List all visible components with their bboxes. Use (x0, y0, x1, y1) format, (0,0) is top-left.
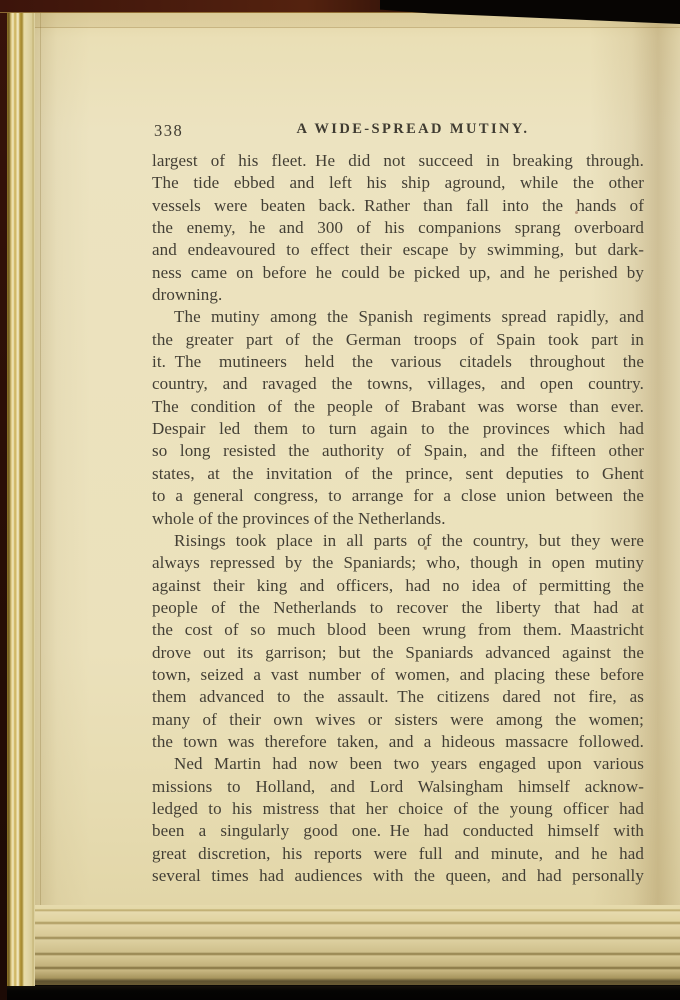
scanned-book-photo: 338 A WIDE-SPREAD MUTINY. largest of his… (0, 0, 680, 1000)
text-line: people of the Netherlands to recover the… (152, 597, 644, 619)
text-line: The mutiny among the Spanish regiments s… (152, 306, 644, 328)
text-line: been a singularly good one. He had condu… (152, 820, 644, 842)
text-line: the town was therefore taken, and a hide… (152, 731, 644, 753)
text-line: Risings took place in all parts of the c… (152, 530, 644, 552)
text-line: it. The mutineers held the various citad… (152, 351, 644, 373)
page-header: 338 A WIDE-SPREAD MUTINY. (152, 121, 644, 141)
running-title: A WIDE-SPREAD MUTINY. (152, 121, 644, 138)
text-line: Despair led them to turn again to the pr… (152, 418, 644, 440)
ink-speck (575, 211, 578, 214)
text-line: many of their own wives or sisters were … (152, 709, 644, 731)
text-line: largest of his fleet. He did not succeed… (152, 150, 644, 172)
text-line: the cost of so much blood been wrung fro… (152, 619, 644, 641)
text-line: the enemy, he and 300 of his companions … (152, 217, 644, 239)
book-page: 338 A WIDE-SPREAD MUTINY. largest of his… (35, 12, 680, 905)
text-line: great discretion, his reports were full … (152, 843, 644, 865)
text-line: them advanced to the assault. The citize… (152, 686, 644, 708)
text-line: ledged to his mistress that her choice o… (152, 798, 644, 820)
text-line: and endeavoured to effect their escape b… (152, 239, 644, 261)
text-line: always repressed by the Spaniards; who, … (152, 552, 644, 574)
text-body: largest of his fleet. He did not succeed… (152, 150, 644, 887)
text-line: whole of the provinces of the Netherland… (152, 508, 644, 530)
text-line: states, at the invitation of the prince,… (152, 463, 644, 485)
text-line: country, and ravaged the towns, villages… (152, 373, 644, 395)
text-line: town, seized a vast number of women, and… (152, 664, 644, 686)
text-line: The tide ebbed and left his ship aground… (152, 172, 644, 194)
text-line: the greater part of the German troops of… (152, 329, 644, 351)
text-line: to a general congress, to arrange for a … (152, 485, 644, 507)
text-line: vessels were beaten back. Rather than fa… (152, 195, 644, 217)
text-line: missions to Holland, and Lord Walsingham… (152, 776, 644, 798)
left-binding (0, 0, 7, 1000)
left-gilt-page-edges (7, 0, 35, 990)
text-line: Ned Martin had now been two years engage… (152, 753, 644, 775)
text-line: drowning. (152, 284, 644, 306)
text-line: several times had audiences with the que… (152, 865, 644, 887)
bottom-shadow-bar (0, 986, 680, 1000)
text-line: ness came on before he could be picked u… (152, 262, 644, 284)
text-line: The condition of the people of Brabant w… (152, 396, 644, 418)
text-line: against their king and officers, had no … (152, 575, 644, 597)
bottom-page-edges (14, 903, 680, 985)
text-line: so long resisted the authority of Spain,… (152, 440, 644, 462)
text-line: drove out its garrison; but the Spaniard… (152, 642, 644, 664)
ink-speck (424, 546, 427, 550)
page-number: 338 (154, 121, 183, 141)
